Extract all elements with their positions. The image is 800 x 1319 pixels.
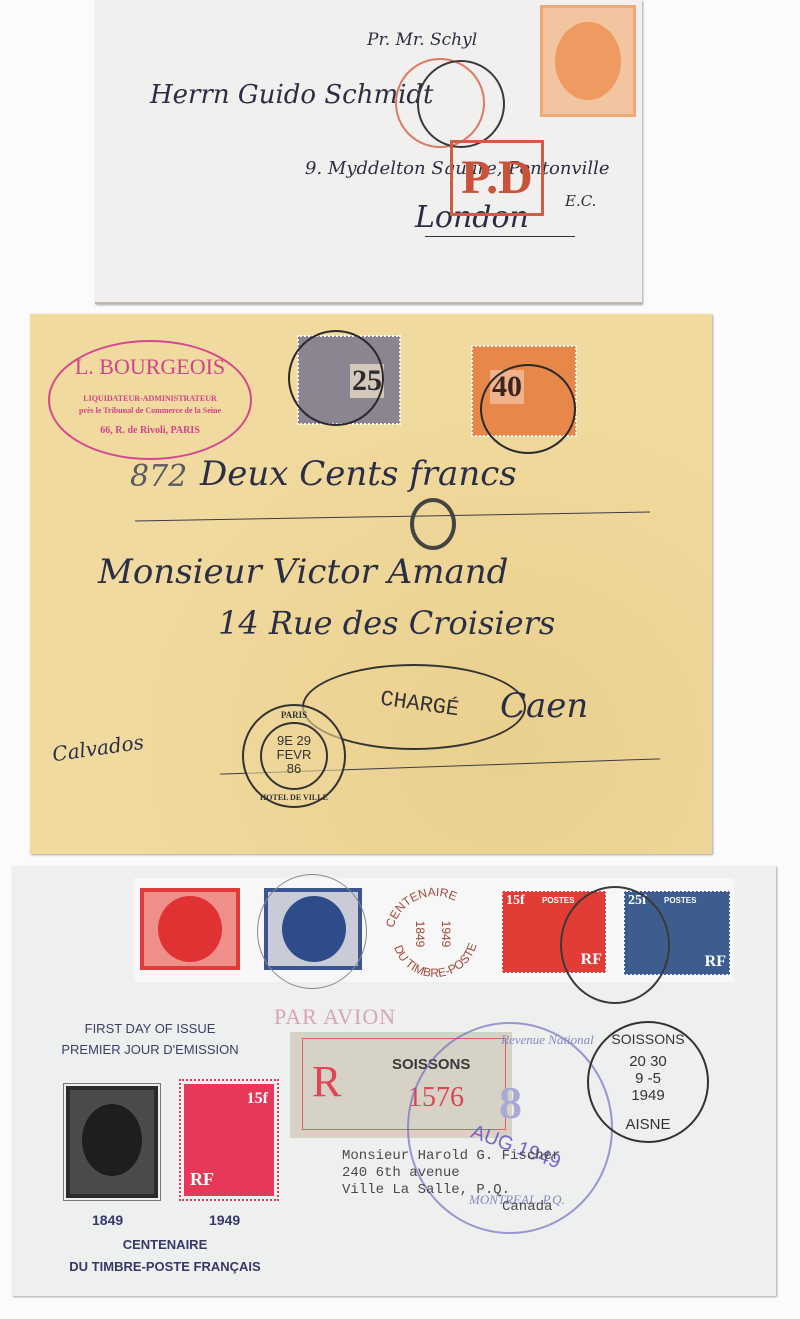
year-1949: 1949 <box>209 1212 240 1228</box>
handwritten-district: E.C. <box>565 192 596 210</box>
cachet-name: L. BOURGEOIS <box>50 354 250 380</box>
ceres-portrait-icon <box>82 1104 142 1176</box>
handwritten-recipient: Herrn Guido Schmidt <box>150 80 434 110</box>
pd-boxed-mark: P.D <box>450 140 544 216</box>
ceres-red-stamp <box>140 888 240 970</box>
cachet-marianne-1949: 15f RF <box>184 1084 274 1196</box>
svg-text:1849: 1849 <box>413 921 427 948</box>
paris-hotel-de-ville-postmark: PARIS 9E 29 FEVR 86 HOTEL DE VILLE <box>242 704 346 808</box>
napoleon-stamp <box>540 5 636 117</box>
bourgeois-cachet: L. BOURGEOIS LIQUIDATEUR-ADMINISTRATEUR … <box>48 340 252 460</box>
revenue-header: Revenue National <box>501 1032 594 1048</box>
fdc-footer-line2: DU TIMBRE-POSTE FRANÇAIS <box>40 1256 290 1278</box>
stamp-rf: RF <box>190 1169 214 1190</box>
underline <box>135 512 650 522</box>
stamp-rf: RF <box>705 953 726 971</box>
postmark-city: SOISSONS <box>589 1031 707 1047</box>
fdc-footer-line1: CENTENAIRE <box>40 1234 290 1256</box>
postmark-date: 9E 29 FEVR 86 <box>244 734 344 776</box>
address-line-3: Ville La Salle, P.Q. <box>342 1182 560 1199</box>
ceres-portrait-icon <box>158 896 222 962</box>
stamp-25c-grey: 25 <box>298 336 400 424</box>
napoleon-portrait-icon <box>555 22 621 100</box>
recipient-street: 14 Rue des Croisiers <box>218 604 555 642</box>
centenaire-circle-label: CENTENAIRE DU TIMBRE-POSTE 1849 1949 <box>380 884 490 984</box>
envelope-1886-charge: L. BOURGEOIS LIQUIDATEUR-ADMINISTRATEUR … <box>30 314 712 854</box>
address-line-2: 240 6th avenue <box>342 1165 560 1182</box>
declared-value: Deux Cents francs <box>200 454 517 494</box>
address-line-1: Monsieur Harold G. Fischer <box>342 1148 560 1165</box>
postmark-date: 20 30 9 -5 1949 <box>589 1053 707 1104</box>
revenue-day: 8 <box>499 1076 522 1129</box>
recipient-name: Monsieur Victor Amand <box>98 552 508 592</box>
postmark-dept: AISNE <box>589 1116 707 1133</box>
svg-text:DU TIMBRE-POSTE: DU TIMBRE-POSTE <box>391 941 480 980</box>
svg-text:1949: 1949 <box>439 921 453 948</box>
stamp-value: 15f <box>247 1090 268 1108</box>
handwritten-via: Pr. Mr. Schyl <box>367 30 477 50</box>
par-avion-mark: PAR AVION <box>274 1004 396 1030</box>
cachet-title: LIQUIDATEUR-ADMINISTRATEUR <box>50 394 250 403</box>
typed-address: Monsieur Harold G. Fischer 240 6th avenu… <box>342 1148 560 1216</box>
soissons-postmark: SOISSONS 20 30 9 -5 1949 AISNE <box>587 1021 709 1143</box>
fdc-footer: CENTENAIRE DU TIMBRE-POSTE FRANÇAIS <box>40 1234 290 1278</box>
registration-number: 872 <box>130 459 187 494</box>
fdc-header-en: FIRST DAY OF ISSUE <box>40 1018 260 1039</box>
cachet-address: 66, R. de Rivoli, PARIS <box>50 425 250 436</box>
envelope-1949-fdc: CENTENAIRE DU TIMBRE-POSTE 1849 1949 15f… <box>12 866 776 1296</box>
fdc-header: FIRST DAY OF ISSUE PREMIER JOUR D'EMISSI… <box>40 1018 260 1060</box>
year-1849: 1849 <box>92 1212 123 1228</box>
underline <box>425 236 575 237</box>
paris-cds-postmark <box>417 60 505 148</box>
recipient-city: Caen <box>500 686 588 726</box>
registration-letter: R <box>312 1056 341 1107</box>
fdc-cancel-postmark <box>257 874 367 989</box>
stamp-label: POSTES <box>664 896 696 905</box>
recipient-department: Calvados <box>51 730 145 767</box>
stamp-value: 15f <box>506 893 525 909</box>
aisne-cancel-postmark <box>560 886 670 1004</box>
small-cancel-mark <box>410 498 456 550</box>
address-line-4: Canada <box>342 1199 560 1216</box>
postmark-office: HOTEL DE VILLE <box>244 793 344 802</box>
cachet-ceres-1849 <box>66 1086 158 1198</box>
stamp-cancel-postmark <box>288 330 384 426</box>
stamp-40c-orange: 40 <box>472 346 576 436</box>
stamp-label: POSTES <box>542 896 574 905</box>
cachet-tribunal: près le Tribunal de Commerce de la Seine <box>50 406 250 415</box>
envelope-1850s-london: Pr. Mr. Schyl Herrn Guido Schmidt 9. Myd… <box>95 0 642 304</box>
stamp-cancel-postmark <box>480 364 576 454</box>
postmark-city: PARIS <box>244 710 344 720</box>
fdc-header-fr: PREMIER JOUR D'EMISSION <box>40 1039 260 1060</box>
